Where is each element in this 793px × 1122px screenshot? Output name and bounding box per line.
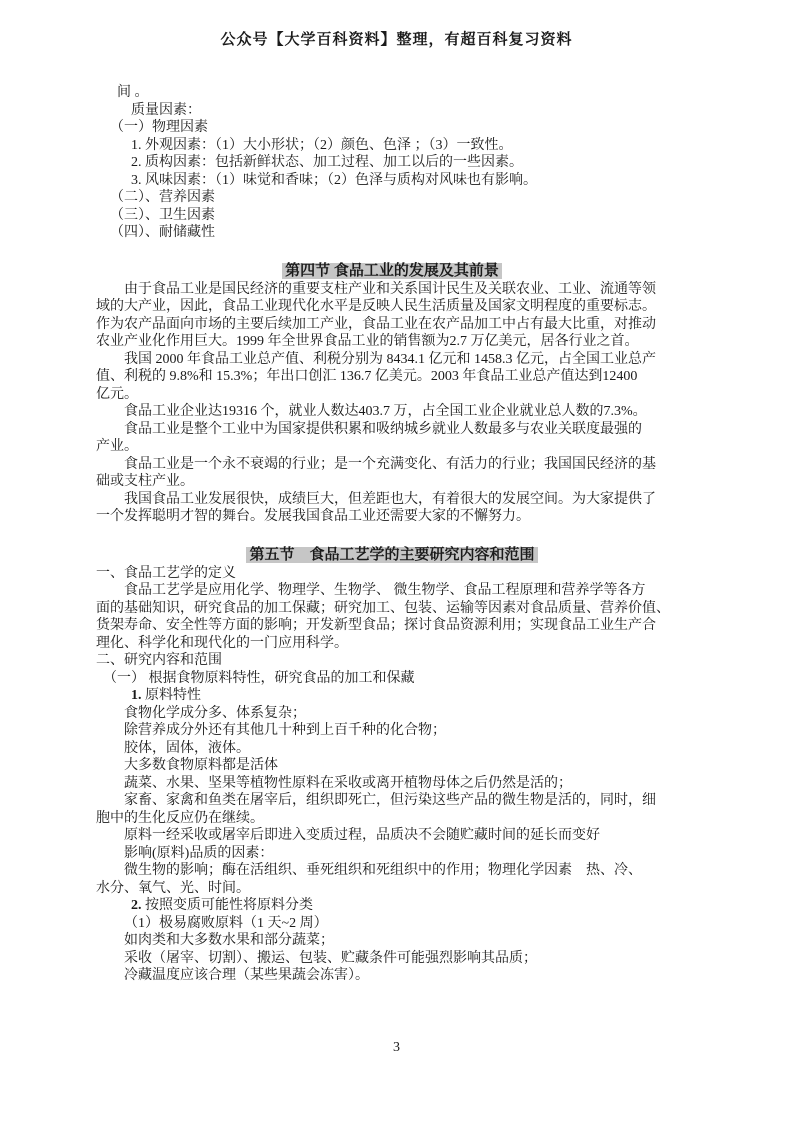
text-line: 我国 2000 年食品工业总产值、利税分别为 8434.1 亿元和 1458.3… xyxy=(96,351,688,369)
text-line: 农业产业化作用巨大。1999 年全世界食品工业的销售额为2.7 万亿美元，居各行… xyxy=(96,333,688,351)
text-line: 食品工艺学是应用化学、物理学、生物学、 微生物学、食品工程原理和营养学等各方 xyxy=(96,582,688,600)
text-line: （1）极易腐败原料（1 天~2 周） xyxy=(96,915,688,933)
section-heading: 第四节 食品工业的发展及其前景 xyxy=(96,263,688,281)
list-number: 2. xyxy=(131,898,142,913)
text-line: 面的基础知识，研究食品的加工保藏；研究加工、包装、运输等因素对食品质量、营养价值… xyxy=(96,600,688,618)
text-line: （四）、耐储藏性 xyxy=(96,224,688,242)
text-line: 一、食品工艺学的定义 xyxy=(96,565,688,583)
document-page: 公众号【大学百科资料】整理，有超百科复习资料 间 。质量因素：（一）物理因素1.… xyxy=(0,0,793,1122)
text-line: 域的大产业，因此，食品工业现代化水平是反映人民生活质量及国家文明程度的重要标志。 xyxy=(96,298,688,316)
text-line: 水分、氧气、光、时间。 xyxy=(96,880,688,898)
text-line: 由于食品工业是国民经济的重要支柱产业和关系国计民生及关联农业、工业、流通等领 xyxy=(96,281,688,299)
text-line: 胶体，固体，液体。 xyxy=(96,740,688,758)
text-line: 二、研究内容和范围 xyxy=(96,652,688,670)
text-line: 采收（屠宰、切割）、搬运、包装、贮藏条件可能强烈影响其品质； xyxy=(96,950,688,968)
text-line: 础或支柱产业。 xyxy=(96,473,688,491)
text-line: 家畜、家禽和鱼类在屠宰后，组织即死亡，但污染这些产品的微生物是活的，同时，细 xyxy=(96,792,688,810)
text-line: 亿元。 xyxy=(96,386,688,404)
text-line: 1. 外观因素：（1）大小形状；（2）颜色、色泽 ；（3）一致性。 xyxy=(96,137,688,155)
text-line: 冷藏温度应该合理（某些果蔬会冻害）。 xyxy=(96,967,688,985)
text-line: 1. 原料特性 xyxy=(96,687,688,705)
text-line: 除营养成分外还有其他几十种到上百千种的化合物； xyxy=(96,722,688,740)
document-body: 间 。质量因素：（一）物理因素1. 外观因素：（1）大小形状；（2）颜色、色泽 … xyxy=(96,84,688,985)
text-line: 2. 质构因素：包括新鲜状态、加工过程、加工以后的一些因素。 xyxy=(96,154,688,172)
page-header: 公众号【大学百科资料】整理，有超百科复习资料 xyxy=(0,28,793,49)
section-heading: 第五节 食品工艺学的主要研究内容和范围 xyxy=(96,547,688,565)
text-line: 2. 按照变质可能性将原料分类 xyxy=(96,897,688,915)
text-line: 质量因素： xyxy=(96,102,688,120)
section-heading-text: 第四节 食品工业的发展及其前景 xyxy=(282,263,502,279)
text-line: 货架寿命、安全性等方面的影响；开发新型食品；探讨食品资源利用；实现食品工业生产合 xyxy=(96,617,688,635)
text-line: 我国食品工业发展很快，成绩巨大，但差距也大，有着很大的发展空间。为大家提供了 xyxy=(96,491,688,509)
text-line: （三）、卫生因素 xyxy=(96,207,688,225)
text-line: 胞中的生化反应仍在继续。 xyxy=(96,810,688,828)
text-line: 食物化学成分多、体系复杂； xyxy=(96,705,688,723)
text-line: （一） 根据食物原料特性，研究食品的加工和保藏 xyxy=(96,670,688,688)
text-line: 值、利税的 9.8%和 15.3%；年出口创汇 136.7 亿美元。2003 年… xyxy=(96,368,688,386)
text-line: 间 。 xyxy=(96,84,688,102)
text-line: （一）物理因素 xyxy=(96,119,688,137)
text-line: 一个发挥聪明才智的舞台。发展我国食品工业还需要大家的不懈努力。 xyxy=(96,508,688,526)
text-line: 影响(原料)品质的因素： xyxy=(96,845,688,863)
text-line: 理化、科学化和现代化的一门应用科学。 xyxy=(96,635,688,653)
text-line: 3. 风味因素：（1）味觉和香味；（2）色泽与质构对风味也有影响。 xyxy=(96,172,688,190)
section-heading-text: 第五节 食品工艺学的主要研究内容和范围 xyxy=(246,547,537,563)
blank-line xyxy=(96,242,688,260)
text-line: 食品工业是一个永不衰竭的行业；是一个充满变化、有活力的行业；我国国民经济的基 xyxy=(96,456,688,474)
text-line: 食品工业企业达19316 个，就业人数达403.7 万，占全国工业企业就业总人数… xyxy=(96,403,688,421)
page-number: 3 xyxy=(0,1040,793,1056)
text-line: 原料一经采收或屠宰后即进入变质过程，品质决不会随贮藏时间的延长而变好 xyxy=(96,827,688,845)
text-line: 微生物的影响；酶在活组织、垂死组织和死组织中的作用；物理化学因素 热、冷、 xyxy=(96,862,688,880)
text-line: 产业。 xyxy=(96,438,688,456)
text-line: 大多数食物原料都是活体 xyxy=(96,757,688,775)
text-line: （二）、营养因素 xyxy=(96,189,688,207)
blank-line xyxy=(96,526,688,544)
text-line: 食品工业是整个工业中为国家提供积累和吸纳城乡就业人数最多与农业关联度最强的 xyxy=(96,421,688,439)
list-number: 1. xyxy=(131,688,142,703)
text-line: 蔬菜、水果、坚果等植物性原料在采收或离开植物母体之后仍然是活的； xyxy=(96,775,688,793)
text-line: 作为农产品面向市场的主要后续加工产业，食品工业在农产品加工中占有最大比重，对推动 xyxy=(96,316,688,334)
text-line: 如肉类和大多数水果和部分蔬菜； xyxy=(96,932,688,950)
